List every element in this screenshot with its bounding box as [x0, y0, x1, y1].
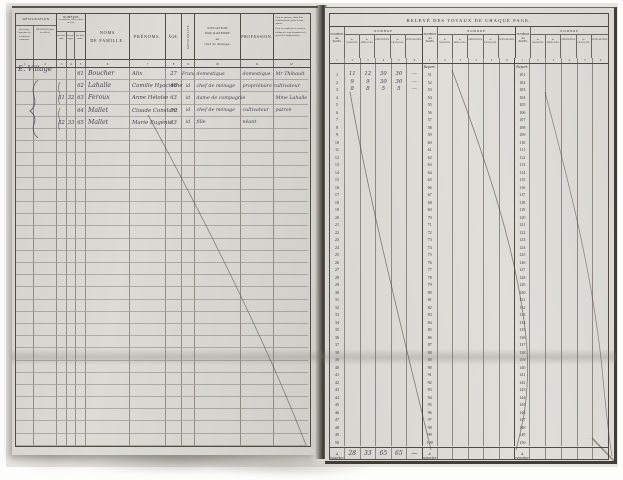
cell-etrangers: [500, 244, 516, 252]
cell-designation: [16, 251, 34, 263]
cell-maisons: [345, 319, 361, 327]
page-number-cell: 6: [330, 109, 345, 117]
page-number-cell: 3: [330, 86, 345, 94]
cell-individus: [469, 401, 485, 409]
page-number-cell: 100: [423, 439, 438, 447]
header-prenoms: PRÉNOMS.: [130, 14, 166, 59]
cell-menages: [453, 409, 469, 417]
cell-profession: [241, 263, 274, 275]
cell-designation: [34, 129, 57, 141]
cell-etrangers: [593, 371, 608, 379]
cell-menages: [546, 191, 562, 199]
cell-etrangers: [500, 296, 516, 304]
page-number-cell: 104: [515, 94, 530, 102]
group-row-slice: 22: [330, 229, 423, 237]
nombre-subcolumns: de MAISONS.de MÉNAGES.d'INDIVIDUS.de FRA…: [345, 35, 422, 58]
cell-individus: [469, 191, 485, 199]
column-number: 12: [274, 60, 308, 67]
cell-francais: [484, 109, 500, 117]
cell-individus: [562, 169, 578, 177]
cell-francais: [392, 101, 408, 109]
group-row-slice: 65: [423, 176, 516, 184]
cell-maisons: [530, 401, 546, 409]
cell-individus: [376, 214, 392, 222]
group-row-slice: 88: [423, 349, 516, 357]
group-row-slice: 41: [330, 371, 423, 379]
cell-etrangers: [500, 394, 516, 402]
cell-menages: [453, 86, 469, 94]
group-row-slice: 140: [515, 364, 608, 372]
cell-etrangers: [407, 184, 423, 192]
cell-nat: id: [182, 117, 195, 129]
nombre-subcolumns: de MAISONS.de MÉNAGES.d'INDIVIDUS.de FRA…: [438, 35, 515, 58]
cell-nom: [86, 397, 130, 409]
cell-individus: [562, 214, 578, 222]
column-number: 1: [515, 58, 530, 63]
cell-individus: [562, 341, 578, 349]
cell-maisons: [345, 311, 361, 319]
cell-individus: [562, 251, 578, 259]
cell-individus: [469, 274, 485, 282]
cell-menage: [67, 239, 76, 251]
page-number-cell: 86: [423, 334, 438, 342]
cell-menages: [546, 281, 562, 289]
cell-situation: [195, 300, 241, 312]
cell-nat: [182, 251, 195, 263]
cell-maisons: [438, 334, 454, 342]
group-row-slice: 76: [423, 259, 516, 267]
group-row-slice: 25: [330, 251, 423, 259]
column-number: 3: [361, 58, 377, 63]
group-column-numbers: 123456: [330, 58, 423, 63]
cell-francais: [578, 431, 594, 439]
cell-nom: Mallet: [86, 105, 130, 117]
cell-maisons: [345, 236, 361, 244]
total-cell-individus: [469, 448, 485, 459]
cell-francais: [392, 334, 408, 342]
cell-prenom: [130, 409, 166, 421]
page-number-cell: 69: [423, 206, 438, 214]
cell-menage: 32: [67, 92, 76, 104]
column-number: 5: [76, 60, 86, 67]
cell-menages: [546, 386, 562, 394]
cell-francais: [392, 266, 408, 274]
designation-sub-ecarts: des écarts, hameaux ou sections de commu…: [16, 26, 34, 59]
cell-francais: [392, 206, 408, 214]
totals-body-row: 2373123: [330, 236, 608, 244]
cell-designation: [34, 324, 57, 336]
page-number-cell: 132: [515, 304, 530, 312]
cell-nat: [182, 434, 195, 446]
nombre-label: NOMBRE: [438, 27, 515, 35]
register-row: [16, 239, 310, 251]
group-row-slice: 27: [330, 266, 423, 274]
cell-individus: [376, 424, 392, 432]
page-number-cell: 114: [515, 169, 530, 177]
cell-individu: [76, 409, 86, 421]
cell-francais: [392, 251, 408, 259]
cell-obs: [274, 373, 308, 385]
cell-profession: [241, 226, 274, 238]
cell-maison: [57, 214, 67, 226]
cell-situation: [195, 409, 241, 421]
page-number-cell: 135: [515, 326, 530, 334]
cell-designation: [16, 312, 34, 324]
cell-maisons: [530, 131, 546, 139]
cell-designation: [34, 300, 57, 312]
cell-individus: [469, 139, 485, 147]
cell-etrangers: [407, 109, 423, 117]
page-number-cell: 68: [423, 199, 438, 207]
cell-maisons: [530, 139, 546, 147]
cell-maison: [57, 202, 67, 214]
cell-etrangers: [593, 296, 608, 304]
cell-francais: [578, 341, 594, 349]
group-row-slice: 64: [423, 169, 516, 177]
cell-menages: [361, 229, 377, 237]
cell-etrangers: [593, 386, 608, 394]
group-row-slice: 28: [330, 274, 423, 282]
cell-francais: [392, 161, 408, 169]
cell-francais: [392, 139, 408, 147]
cell-obs: [274, 409, 308, 421]
header-nationalite: NATIONALITÉ.: [182, 14, 195, 59]
cell-situation: [195, 324, 241, 336]
cell-nat: Française: [182, 68, 195, 80]
cell-menage: [67, 263, 76, 275]
cell-etrangers: [500, 221, 516, 229]
totals-body-row: 4696146: [330, 409, 608, 417]
header-numeros: NUMÉROS des maisons, villas, fermes ou c…: [57, 14, 86, 59]
cell-designation: [16, 226, 34, 238]
total-cell-menages: [546, 448, 562, 459]
totals-body-row: 2777127: [330, 266, 608, 274]
cell-menage: [67, 397, 76, 409]
header-nombre-block: NOMBREde MAISONS.de MÉNAGES.d'INDIVIDUS.…: [345, 27, 422, 58]
page-number-cell: 27: [330, 266, 345, 274]
cell-prenom: [130, 190, 166, 202]
prenoms-label: PRÉNOMS.: [130, 34, 165, 39]
cell-menages: [453, 326, 469, 334]
left-table-body: 61BoucherAlix27Françaisedomestiquedomest…: [16, 68, 310, 446]
cell-menage: 33: [67, 117, 76, 129]
cell-individus: [469, 146, 485, 154]
cell-nom: [86, 275, 130, 287]
cell-menages: [453, 116, 469, 124]
cell-etrangers: [407, 379, 423, 387]
cell-etrangers: [500, 79, 516, 87]
cell-etrangers: [500, 191, 516, 199]
cell-etrangers: [407, 229, 423, 237]
cell-maison: [57, 434, 67, 446]
cell-menages: [453, 191, 469, 199]
group-row-slice: 24: [330, 244, 423, 252]
total-cell-maisons: [438, 448, 454, 459]
cell-individus: [469, 334, 485, 342]
page-number-cell: 85: [423, 326, 438, 334]
cell-individus: 5: [376, 86, 392, 94]
cell-situation: [195, 361, 241, 373]
totals-body-row: 1363113: [330, 161, 608, 169]
cell-menages: [361, 251, 377, 259]
cell-prenom: [130, 287, 166, 299]
group-row-slice: 54: [423, 94, 516, 102]
cell-francais: [578, 266, 594, 274]
cell-etrangers: [593, 154, 608, 162]
page-number-cell: 72: [423, 229, 438, 237]
totals-body-row: 4797147: [330, 416, 608, 424]
cell-francais: [484, 401, 500, 409]
cell-profession: [241, 348, 274, 360]
cell-profession: [241, 336, 274, 348]
column-number: 10: [195, 60, 241, 67]
group-row-slice: 139: [515, 356, 608, 364]
cell-individus: [376, 274, 392, 282]
cell-age: 27: [166, 68, 182, 80]
cell-francais: [392, 124, 408, 132]
cell-maisons: [530, 371, 546, 379]
cell-maisons: [345, 146, 361, 154]
cell-francais: [484, 334, 500, 342]
cell-menages: [453, 416, 469, 424]
cell-maisons: [345, 386, 361, 394]
cell-designation: [34, 397, 57, 409]
cell-etrangers: [593, 191, 608, 199]
group-row-slice: 55: [423, 101, 516, 109]
cell-menages: [453, 364, 469, 372]
cell-individus: [376, 161, 392, 169]
totals-body-row: 3686136: [330, 334, 608, 342]
group-row-slice: 124: [515, 244, 608, 252]
cell-menages: [361, 161, 377, 169]
cell-nat: [182, 409, 195, 421]
cell-etrangers: [593, 94, 608, 102]
cell-francais: [484, 244, 500, 252]
page-number-cell: 131: [515, 296, 530, 304]
cell-etrangers: [593, 199, 608, 207]
cell-obs: [274, 275, 308, 287]
cell-etrangers: [500, 326, 516, 334]
cell-menages: [361, 304, 377, 312]
cell-menages: [361, 319, 377, 327]
page-number-cell: 96: [423, 409, 438, 417]
cell-maisons: [438, 169, 454, 177]
cell-individu: [76, 153, 86, 165]
cell-menages: [453, 229, 469, 237]
cell-etrangers: [407, 431, 423, 439]
cell-individus: [376, 289, 392, 297]
page-number-cell: 52: [423, 79, 438, 87]
column-number: 3: [546, 58, 562, 63]
total-cell-menages: 33: [361, 448, 377, 459]
page-number-cell: 118: [515, 199, 530, 207]
cell-maison: [57, 166, 67, 178]
empty-cell: [345, 64, 361, 71]
totals-body-row: 454104: [330, 94, 608, 102]
cell-maisons: [345, 214, 361, 222]
cell-individus: [562, 124, 578, 132]
cell-maisons: [345, 326, 361, 334]
page-number-cell: 59: [423, 131, 438, 139]
cell-menages: [453, 161, 469, 169]
cell-age: [166, 166, 182, 178]
cell-francais: [392, 416, 408, 424]
cell-maisons: [530, 296, 546, 304]
cell-individus: [376, 199, 392, 207]
group-row-slice: 10: [330, 139, 423, 147]
register-row: [16, 397, 310, 409]
cell-maisons: [438, 266, 454, 274]
cell-situation: chef de ménage: [195, 105, 241, 117]
cell-etrangers: [593, 334, 608, 342]
cell-maisons: [438, 304, 454, 312]
group-row-slice: 130: [515, 289, 608, 297]
group-row-slice: 20: [330, 214, 423, 222]
census-list-table: DÉSIGNATION des écarts, hameaux ou secti…: [15, 13, 311, 447]
cell-prenom: [130, 434, 166, 446]
group-row-slice: 120: [515, 214, 608, 222]
cell-menage: [67, 202, 76, 214]
cell-menages: [361, 439, 377, 447]
cell-francais: [578, 304, 594, 312]
totals-body-row: 4898148: [330, 424, 608, 432]
cell-etrangers: [593, 431, 608, 439]
group-row-slice: 86: [423, 334, 516, 342]
cell-individus: [376, 379, 392, 387]
cell-designation: [34, 178, 57, 190]
group-row-slice: 136: [515, 334, 608, 342]
cell-prenom: [130, 361, 166, 373]
cell-menages: [453, 214, 469, 222]
page-number-cell: 64: [423, 169, 438, 177]
cell-profession: [241, 275, 274, 287]
cell-individus: [469, 379, 485, 387]
group-row-slice: 93: [423, 386, 516, 394]
cell-francais: [392, 281, 408, 289]
cell-francais: [392, 356, 408, 364]
cell-menages: [361, 274, 377, 282]
cell-nat: [182, 361, 195, 373]
page-number-cell: 29: [330, 281, 345, 289]
group-row-slice: 111: [515, 146, 608, 154]
totals-body-row: 3787137: [330, 341, 608, 349]
cell-individu: [76, 336, 86, 348]
cell-nom: Boucher: [86, 68, 130, 80]
cell-menages: [453, 109, 469, 117]
cell-francais: [392, 259, 408, 267]
cell-individus: [469, 116, 485, 124]
group-row-slice: 53: [423, 86, 516, 94]
cell-designation: [34, 92, 57, 104]
nombre-sub-label: d'ÉTRANGERS.: [592, 35, 608, 58]
numeros-subtitle: des maisons, villas, fermes ou clos.: [57, 19, 85, 31]
cell-etrangers: [407, 259, 423, 267]
cell-menages: [453, 259, 469, 267]
group-row-slice: 36: [330, 334, 423, 342]
cell-designation: [34, 226, 57, 238]
register-row: [16, 190, 310, 202]
group-header: NUMÉROSdesPAGES.NOMBREde MAISONS.de MÉNA…: [516, 27, 608, 58]
cell-designation: [16, 214, 34, 226]
group-row-slice: 87: [423, 341, 516, 349]
cell-etrangers: [593, 101, 608, 109]
cell-prenom: [130, 336, 166, 348]
cell-designation: [16, 361, 34, 373]
cell-maison: [57, 421, 67, 433]
cell-nat: [182, 385, 195, 397]
column-number: 6: [593, 58, 608, 63]
cell-menages: [361, 116, 377, 124]
page-number-cell: 19: [330, 206, 345, 214]
group-row-slice: 44: [330, 394, 423, 402]
page-number-cell: 140: [515, 364, 530, 372]
group-row-slice: 62: [423, 154, 516, 162]
cell-menages: 9: [361, 79, 377, 87]
cell-etrangers: [407, 266, 423, 274]
cell-francais: [578, 214, 594, 222]
page-number-cell: 49: [330, 431, 345, 439]
cell-individus: [376, 409, 392, 417]
cell-menages: [361, 191, 377, 199]
cell-francais: [578, 424, 594, 432]
page-number-cell: 80: [423, 289, 438, 297]
page-number-cell: 129: [515, 281, 530, 289]
cell-maisons: [345, 431, 361, 439]
cell-designation: [34, 239, 57, 251]
cell-prenom: [130, 300, 166, 312]
cell-nat: id: [182, 92, 195, 104]
cell-francais: [392, 364, 408, 372]
cell-prenom: Anne Héloïse: [130, 92, 166, 104]
cell-menage: [67, 385, 76, 397]
group-row-slice: 70: [423, 214, 516, 222]
header-numeros-pages: NUMÉROSdesPAGES.: [516, 27, 531, 58]
page-number-cell: 37: [330, 341, 345, 349]
page-number-cell: 50: [330, 439, 345, 447]
cell-francais: [578, 296, 594, 304]
noms-line2: DE FAMILLE.: [86, 37, 129, 44]
register-row: [16, 202, 310, 214]
totals-body-row: 3989139: [330, 356, 608, 364]
page-number-cell: 17: [330, 191, 345, 199]
group-row-slice: 104: [515, 94, 608, 102]
scanned-census-register: DÉSIGNATION des écarts, hameaux ou secti…: [0, 0, 623, 480]
cell-etrangers: [407, 131, 423, 139]
column-number: 5: [578, 58, 594, 63]
cell-maisons: [438, 191, 454, 199]
cell-etrangers: [593, 379, 608, 387]
cell-individu: [76, 226, 86, 238]
cell-menages: [453, 266, 469, 274]
nombre-sub-label: de MÉNAGES.: [360, 35, 375, 58]
cell-designation: [34, 348, 57, 360]
cell-situation: [195, 202, 241, 214]
cell-menage: [67, 153, 76, 165]
group-row-slice: 38: [330, 349, 423, 357]
cell-maisons: [438, 439, 454, 447]
cell-nat: id: [182, 105, 195, 117]
group-row-slice: 92: [423, 379, 516, 387]
page-number-cell: 102: [515, 79, 530, 87]
empty-cell: [453, 64, 469, 71]
header-profession: PROFESSION.: [241, 14, 274, 59]
register-row: [16, 361, 310, 373]
cell-individus: [469, 364, 485, 372]
cell-individus: [562, 244, 578, 252]
cell-individus: [376, 364, 392, 372]
cell-individus: [562, 296, 578, 304]
cell-francais: [484, 221, 500, 229]
